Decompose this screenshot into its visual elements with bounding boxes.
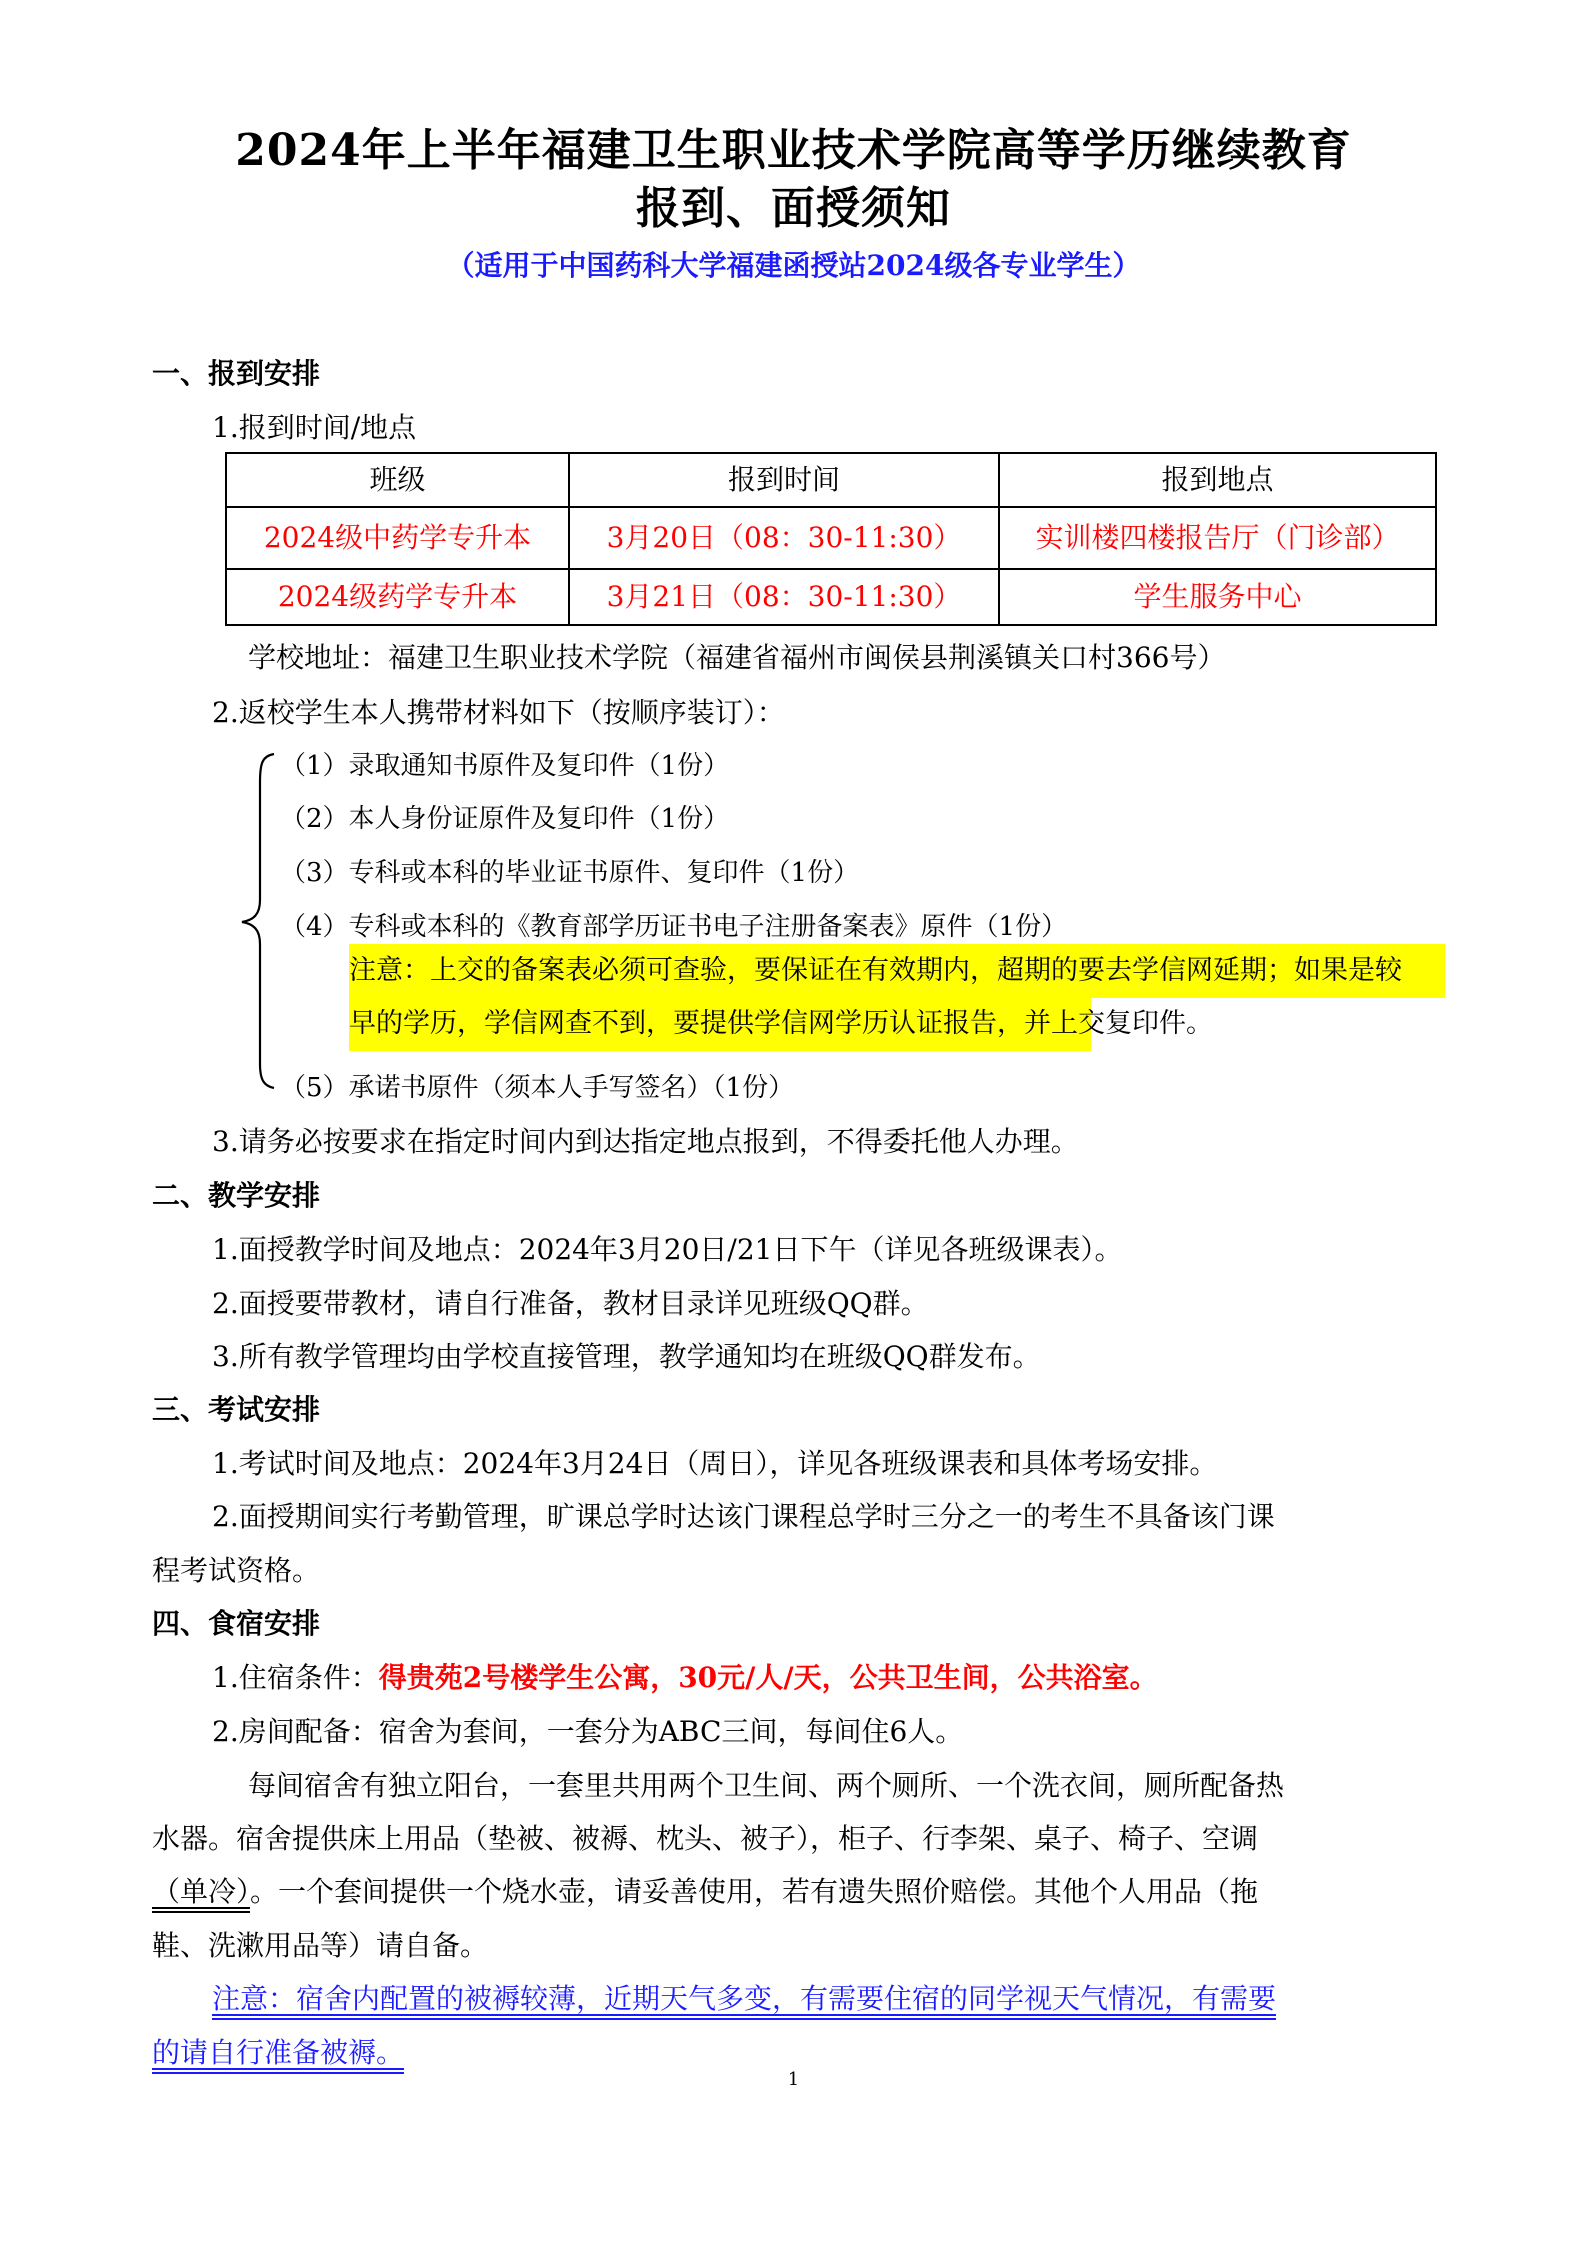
highlighted-note-line1: 注意：上交的备案表必须可查验，要保证在有效期内，超期的要去学信网延期；如果是较 bbox=[349, 944, 1445, 998]
section2-item-1: 1.面授教学时间及地点：2024年3月20日/21日下午（详见各班级课表）。 bbox=[212, 1232, 1122, 1268]
room-description-line4: 鞋、洗漱用品等）请自备。 bbox=[152, 1928, 488, 1964]
table-cell-location: 实训楼四楼报告厅（门诊部） bbox=[999, 507, 1436, 569]
section1-sub1: 1.报到时间/地点 bbox=[212, 410, 416, 446]
bedding-note-line1: 注意：宿舍内配置的被褥较薄，近期天气多变，有需要住宿的同学视天气情况，有需要 bbox=[212, 1981, 1276, 2017]
room-description-line2: 水器。宿舍提供床上用品（垫被、被褥、枕头、被子），柜子、行李架、桌子、椅子、空调 bbox=[152, 1821, 1258, 1857]
accommodation-label: 1.住宿条件： bbox=[212, 1661, 379, 1694]
section4-item-2: 2.房间配备：宿舍为套间，一套分为ABC三间，每间住6人。 bbox=[212, 1714, 963, 1750]
section1-sub3: 3.请务必按要求在指定时间内到达指定地点报到，不得委托他人办理。 bbox=[212, 1124, 1079, 1160]
table-cell-location: 学生服务中心 bbox=[999, 569, 1436, 625]
material-item-1: （1）录取通知书原件及复印件（1份） bbox=[280, 749, 729, 783]
section3-item-2-line1: 2.面授期间实行考勤管理，旷课总学时达该门课程总学时三分之一的考生不具备该门课 bbox=[212, 1499, 1275, 1535]
section2-item-2: 2.面授要带教材，请自行准备，教材目录详见班级QQ群。 bbox=[212, 1286, 929, 1322]
room-description-line3: （单冷）。一个套间提供一个烧水壶，请妥善使用，若有遗失照价赔偿。其他个人用品（拖 bbox=[152, 1874, 1258, 1910]
table-header-time: 报到时间 bbox=[569, 453, 999, 507]
section4-item-1: 1.住宿条件：得贵苑2号楼学生公寓，30元/人/天，公共卫生间，公共浴室。 bbox=[212, 1660, 1158, 1696]
document-page: 2024年上半年福建卫生职业技术学院高等学历继续教育 报到、面授须知 （适用于中… bbox=[0, 0, 1587, 2245]
document-title-line1: 2024年上半年福建卫生职业技术学院高等学历继续教育 bbox=[0, 124, 1587, 178]
curly-brace-icon bbox=[240, 752, 280, 1090]
table-header-class: 班级 bbox=[226, 453, 569, 507]
table-cell-class: 2024级中药学专升本 bbox=[226, 507, 569, 569]
document-subtitle: （适用于中国药科大学福建函授站2024级各专业学生） bbox=[0, 248, 1587, 284]
highlighted-note-line2: 早的学历，学信网查不到，要提供学信网学历认证报告，并上交复印件。 bbox=[349, 997, 1091, 1051]
table-cell-time: 3月21日（08：30-11:30） bbox=[569, 569, 999, 625]
material-item-5: （5）承诺书原件（须本人手写签名）（1份） bbox=[280, 1071, 794, 1105]
section3-item-2-line2: 程考试资格。 bbox=[152, 1553, 320, 1589]
table-row: 2024级药学专升本 3月21日（08：30-11:30） 学生服务中心 bbox=[226, 569, 1436, 625]
table-row: 2024级中药学专升本 3月20日（08：30-11:30） 实训楼四楼报告厅（… bbox=[226, 507, 1436, 569]
section1-heading: 一、报到安排 bbox=[152, 356, 320, 392]
school-address: 学校地址：福建卫生职业技术学院（福建省福州市闽侯县荆溪镇关口村366号） bbox=[248, 640, 1225, 676]
page-number: 1 bbox=[0, 2068, 1587, 2092]
table-header-row: 班级 报到时间 报到地点 bbox=[226, 453, 1436, 507]
section4-heading: 四、食宿安排 bbox=[152, 1606, 320, 1642]
table-header-location: 报到地点 bbox=[999, 453, 1436, 507]
material-item-3: （3）专科或本科的毕业证书原件、复印件（1份） bbox=[280, 856, 859, 890]
accommodation-details: 得贵苑2号楼学生公寓，30元/人/天，公共卫生间，公共浴室。 bbox=[379, 1661, 1158, 1694]
registration-table: 班级 报到时间 报到地点 2024级中药学专升本 3月20日（08：30-11:… bbox=[225, 452, 1437, 626]
section2-item-3: 3.所有教学管理均由学校直接管理，教学通知均在班级QQ群发布。 bbox=[212, 1339, 1041, 1375]
single-cooling-note: （单冷） bbox=[152, 1875, 250, 1908]
table-cell-class: 2024级药学专升本 bbox=[226, 569, 569, 625]
room-description-line1: 每间宿舍有独立阳台，一套里共用两个卫生间、两个厕所、一个洗衣间，厕所配备热 bbox=[248, 1768, 1284, 1804]
material-item-4: （4）专科或本科的《教育部学历证书电子注册备案表》原件（1份） bbox=[280, 910, 1067, 944]
bedding-note-line2: 的请自行准备被褥。 bbox=[152, 2035, 404, 2071]
document-title-line2: 报到、面授须知 bbox=[0, 182, 1587, 236]
section1-sub2: 2.返校学生本人携带材料如下（按顺序装订）： bbox=[212, 695, 785, 731]
section3-heading: 三、考试安排 bbox=[152, 1392, 320, 1428]
section3-item-1: 1.考试时间及地点：2024年3月24日（周日），详见各班级课表和具体考场安排。 bbox=[212, 1446, 1217, 1482]
section2-heading: 二、教学安排 bbox=[152, 1178, 320, 1214]
table-cell-time: 3月20日（08：30-11:30） bbox=[569, 507, 999, 569]
material-item-2: （2）本人身份证原件及复印件（1份） bbox=[280, 802, 729, 836]
room-description-line3-rest: 。一个套间提供一个烧水壶，请妥善使用，若有遗失照价赔偿。其他个人用品（拖 bbox=[250, 1875, 1258, 1908]
